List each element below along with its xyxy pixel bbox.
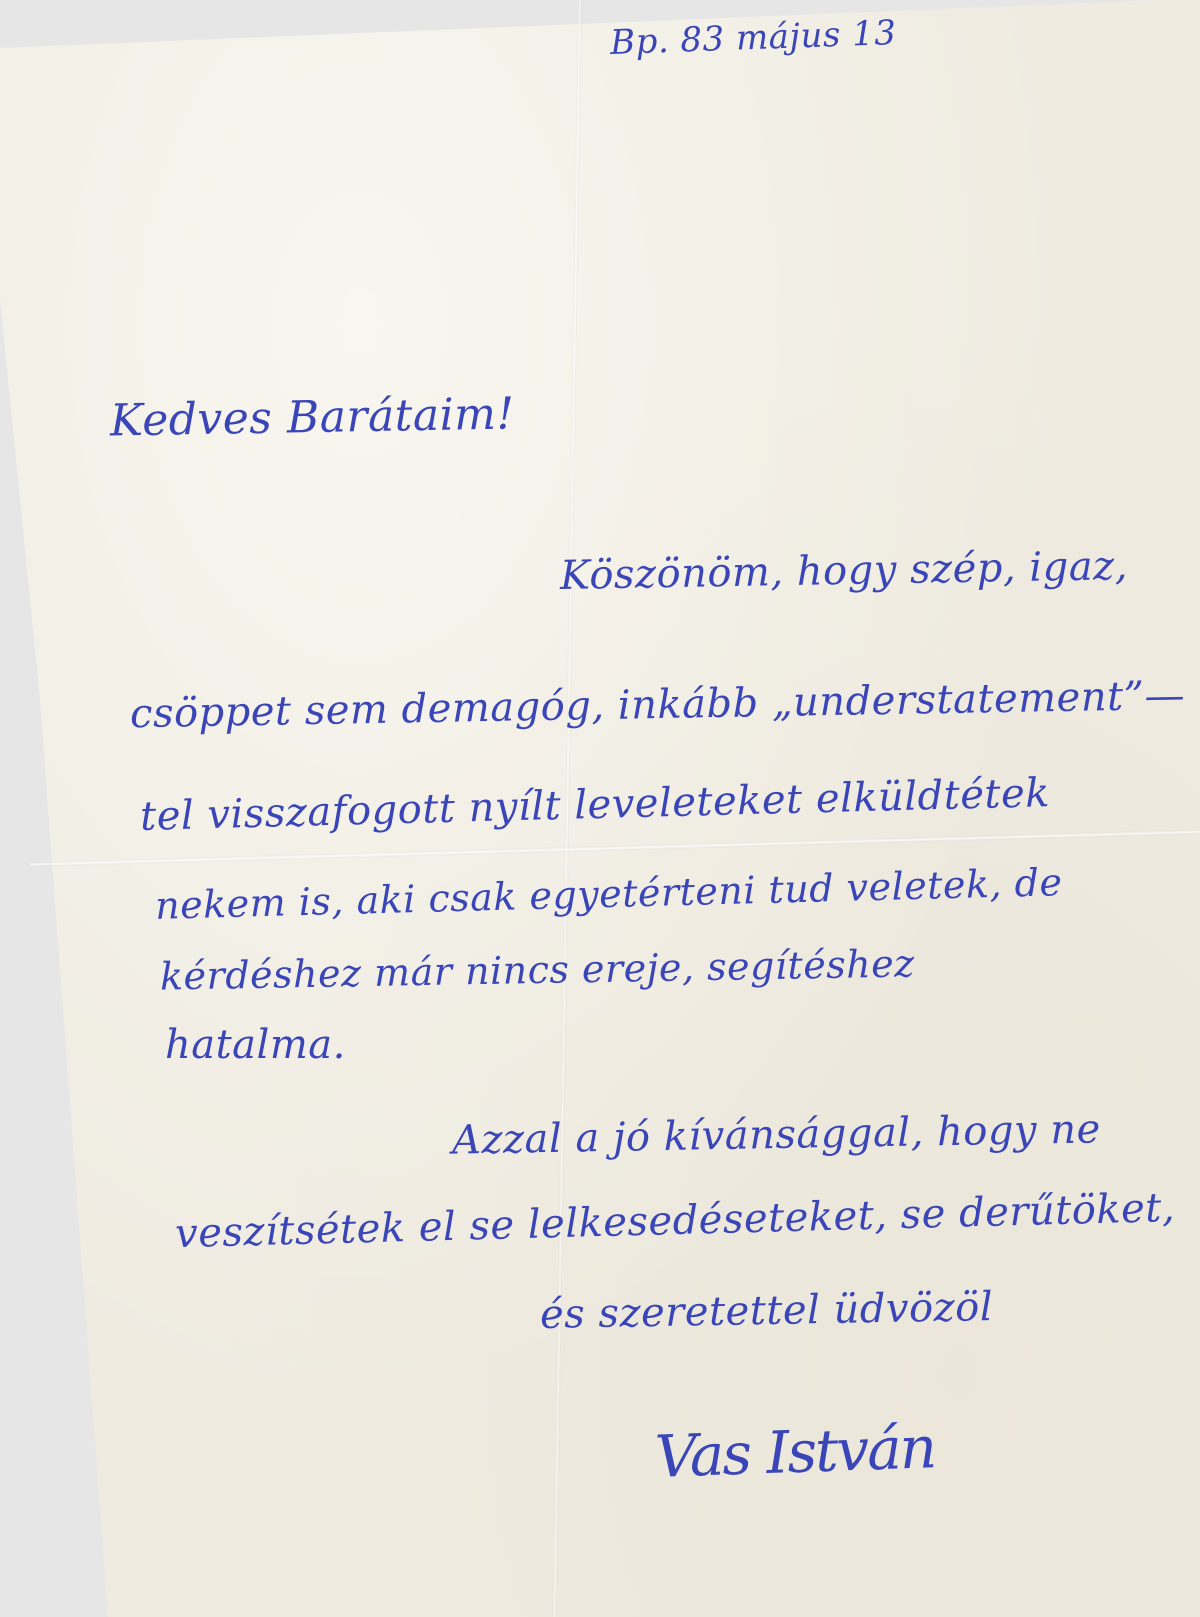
closing-line: és szeretettel üdvözöl	[540, 1284, 994, 1338]
signature: Vas István	[654, 1413, 936, 1491]
letter-salutation: Kedves Barátaim!	[110, 388, 515, 446]
scanned-letter: Bp. 83 május 13 Kedves Barátaim! Köszönö…	[0, 0, 1200, 1617]
body-line-6: hatalma.	[165, 1022, 346, 1068]
